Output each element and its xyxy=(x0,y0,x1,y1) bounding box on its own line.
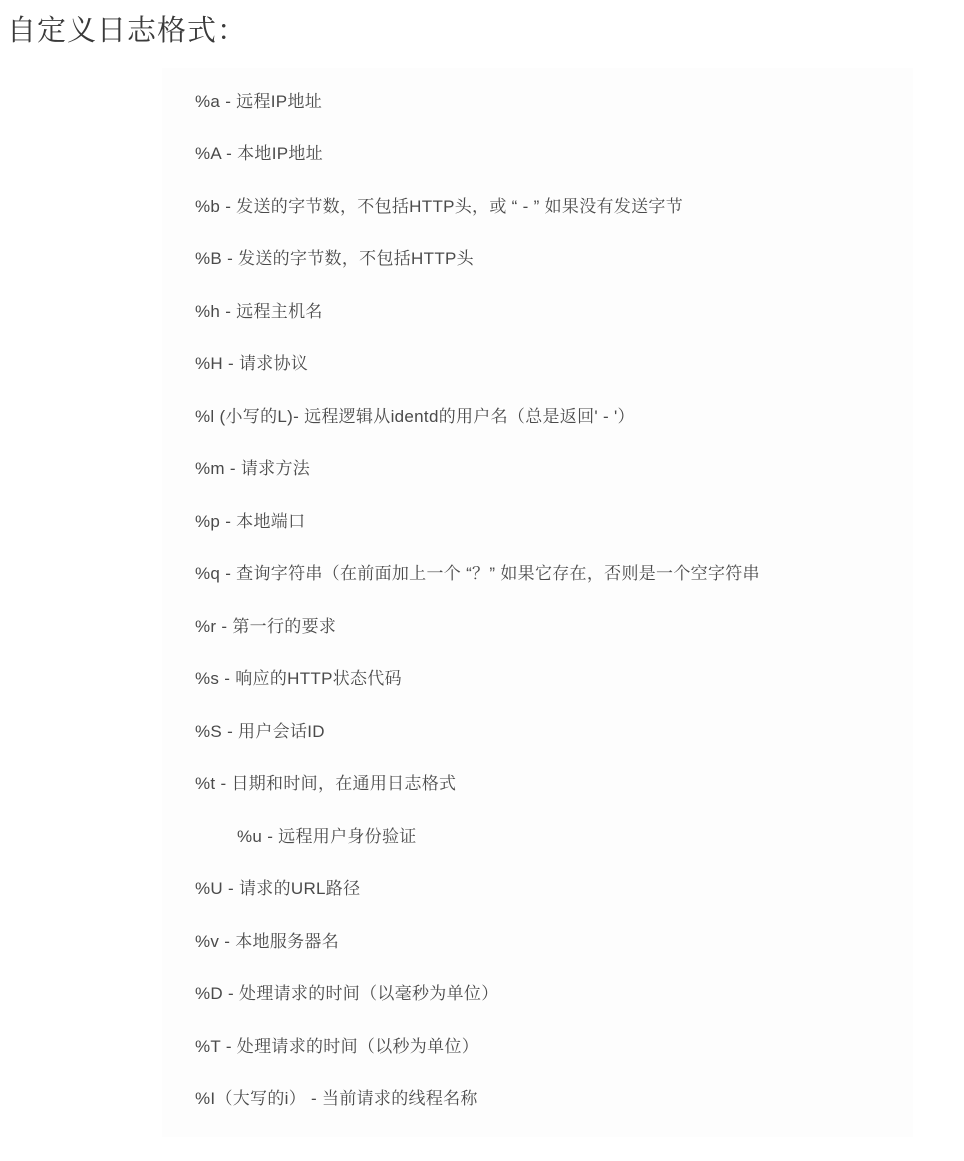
log-format-item: %r - 第一行的要求 xyxy=(195,598,913,651)
page-title: 自定义日志格式： xyxy=(7,8,247,49)
log-format-item: %H - 请求协议 xyxy=(195,336,913,389)
log-format-list: %a - 远程IP地址%A - 本地IP地址%b - 发送的字节数，不包括HTT… xyxy=(195,73,913,1123)
log-format-item: %T - 处理请求的时间（以秒为单位） xyxy=(195,1018,913,1071)
log-format-item: %D - 处理请求的时间（以毫秒为单位） xyxy=(195,966,913,1019)
log-format-item: %b - 发送的字节数，不包括HTTP头，或 “ - ” 如果没有发送字节 xyxy=(195,178,913,231)
log-format-item: %s - 响应的HTTP状态代码 xyxy=(195,651,913,704)
log-format-item: %U - 请求的URL路径 xyxy=(195,861,913,914)
log-format-item: %A - 本地IP地址 xyxy=(195,126,913,179)
log-format-item: %v - 本地服务器名 xyxy=(195,913,913,966)
log-format-content-block: %a - 远程IP地址%A - 本地IP地址%b - 发送的字节数，不包括HTT… xyxy=(162,68,913,1137)
document-page: 自定义日志格式： %a - 远程IP地址%A - 本地IP地址%b - 发送的字… xyxy=(0,0,964,1161)
log-format-item: %I（大写的i） - 当前请求的线程名称 xyxy=(195,1071,913,1124)
log-format-item: %S - 用户会话ID xyxy=(195,703,913,756)
log-format-item: %l (小写的L)- 远程逻辑从identd的用户名（总是返回' - '） xyxy=(195,388,913,441)
log-format-item: %a - 远程IP地址 xyxy=(195,73,913,126)
log-format-item: %h - 远程主机名 xyxy=(195,283,913,336)
log-format-item: %q - 查询字符串（在前面加上一个 “？” 如果它存在，否则是一个空字符串 xyxy=(195,546,913,599)
log-format-item: %t - 日期和时间，在通用日志格式 xyxy=(195,756,913,809)
log-format-item: %p - 本地端口 xyxy=(195,493,913,546)
log-format-item: %u - 远程用户身份验证 xyxy=(195,808,913,861)
log-format-item: %m - 请求方法 xyxy=(195,441,913,494)
log-format-item: %B - 发送的字节数，不包括HTTP头 xyxy=(195,231,913,284)
